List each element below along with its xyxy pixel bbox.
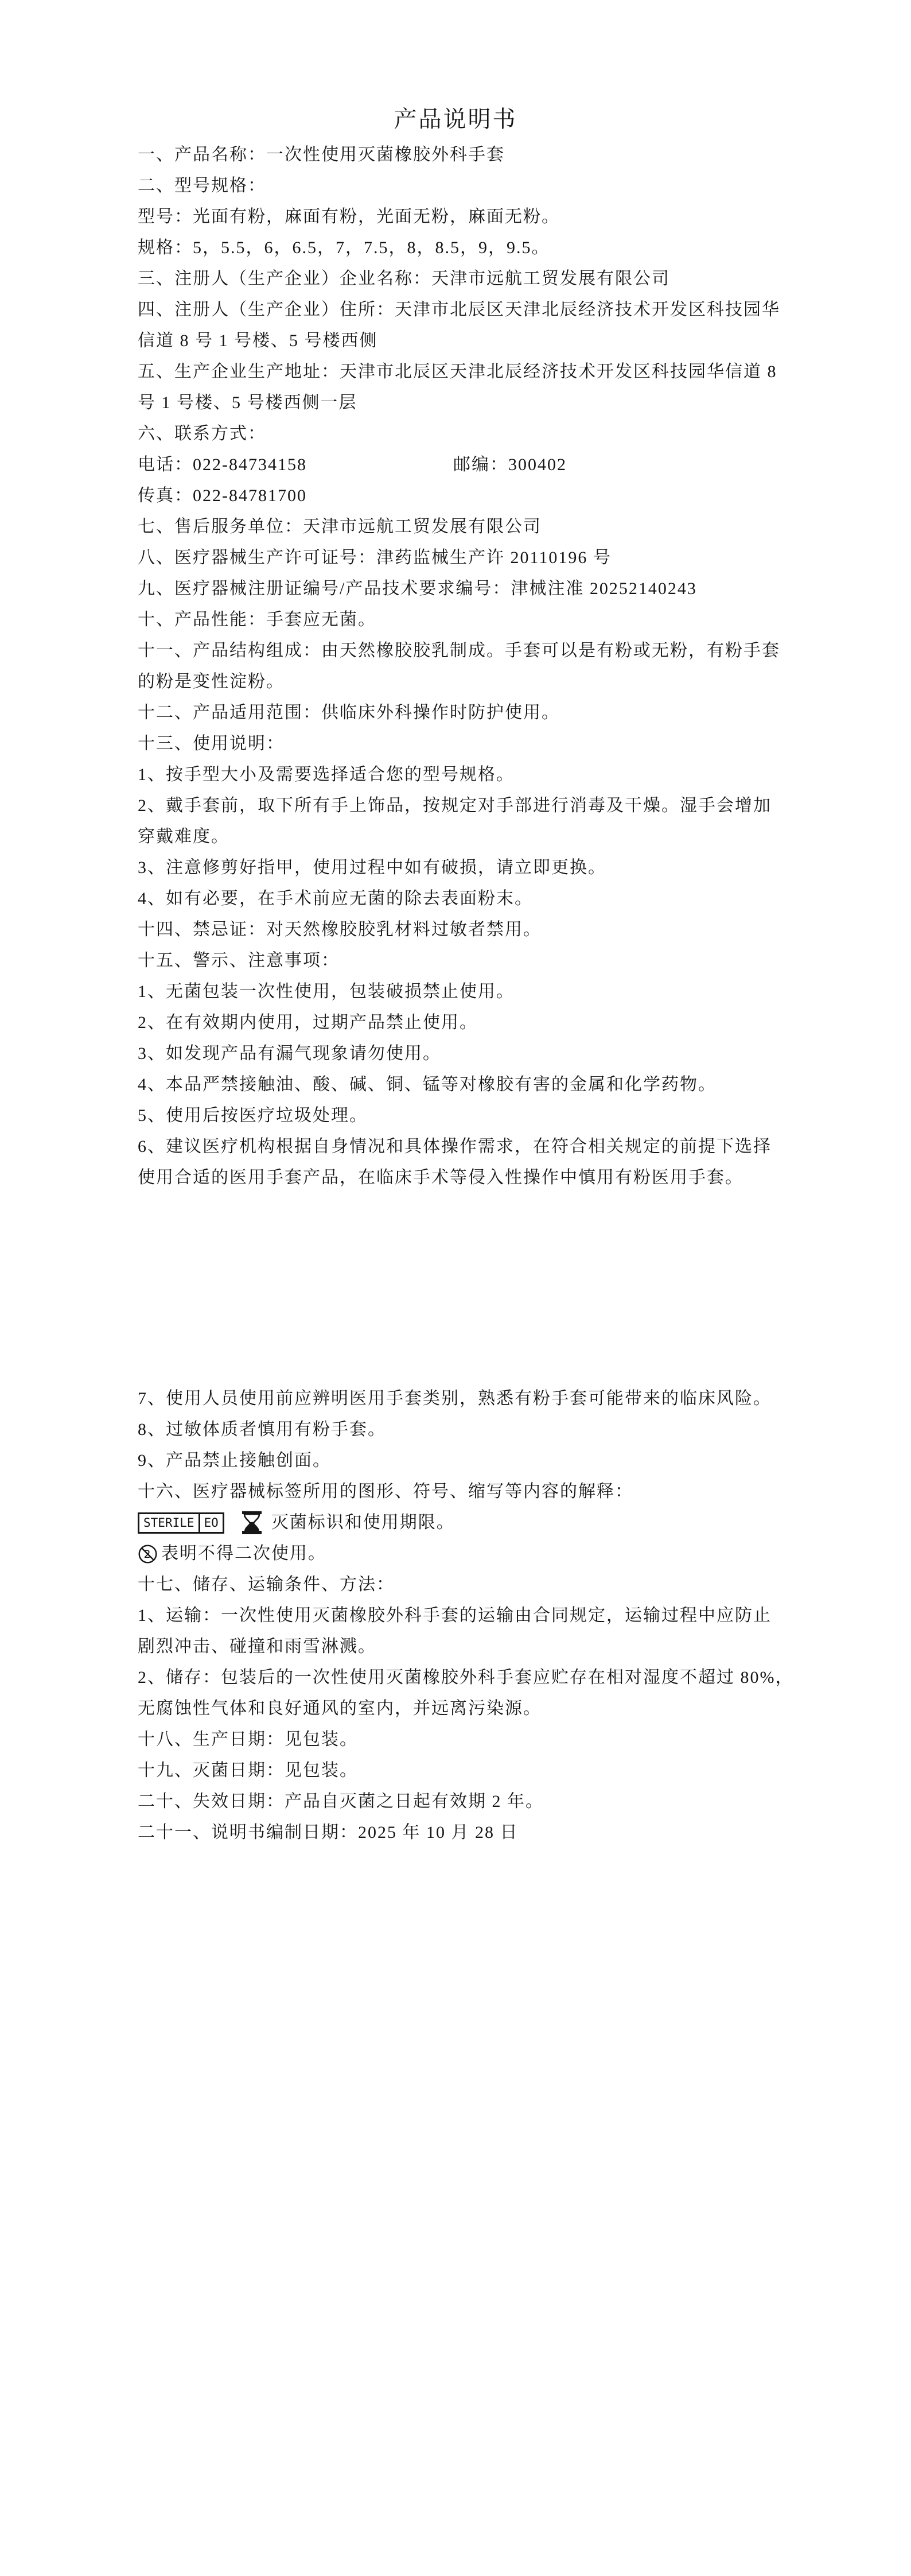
doc-line: 十五、警示、注意事项： (0, 945, 911, 976)
doc-line: 一、产品名称：一次性使用灭菌橡胶外科手套 (0, 139, 911, 170)
doc-line: 规格：5，5.5，6，6.5，7，7.5，8，8.5，9，9.5。 (0, 232, 911, 263)
doc-line: 六、联系方式： (0, 418, 911, 449)
symbol-explanation: 灭菌标识和使用期限。 (271, 1507, 455, 1538)
doc-line: 1、按手型大小及需要选择适合您的型号规格。 (0, 759, 911, 790)
doc-line: 传真：022-84781700 (0, 480, 911, 511)
sterile-eo-badge: STERILEEO (138, 1512, 224, 1534)
doc-line: 剧烈冲击、碰撞和雨雪淋溅。 (0, 1631, 911, 1662)
page-break-gap (0, 1193, 911, 1383)
document-page: { "page": { "background": "#ffffff", "te… (0, 0, 911, 2576)
doc-line: 7、使用人员使用前应辨明医用手套类别，熟悉有粉手套可能带来的临床风险。 (0, 1383, 911, 1414)
doc-line: 十七、储存、运输条件、方法： (0, 1569, 911, 1600)
hourglass-icon (240, 1511, 263, 1535)
doc-line: 1、运输：一次性使用灭菌橡胶外科手套的运输由合同规定，运输过程中应防止 (0, 1600, 911, 1631)
doc-line: 穿戴难度。 (0, 821, 911, 852)
doc-line: 四、注册人（生产企业）住所：天津市北辰区天津北辰经济技术开发区科技园华 (0, 294, 911, 325)
doc-line: 9、产品禁止接触创面。 (0, 1445, 911, 1476)
doc-line: 十四、禁忌证：对天然橡胶胶乳材料过敏者禁用。 (0, 914, 911, 945)
doc-line: 十、产品性能：手套应无菌。 (0, 604, 911, 635)
sterile-symbol-line: STERILEEO灭菌标识和使用期限。 (0, 1507, 911, 1538)
doc-line: 信道 8 号 1 号楼、5 号楼西侧 (0, 325, 911, 356)
no-reuse-symbol-line: 2表明不得二次使用。 (0, 1538, 911, 1569)
doc-line: 五、生产企业生产地址：天津市北辰区天津北辰经济技术开发区科技园华信道 8 (0, 356, 911, 387)
doc-line: 二十一、说明书编制日期：2025 年 10 月 28 日 (0, 1817, 911, 1848)
doc-line: 5、使用后按医疗垃圾处理。 (0, 1100, 911, 1131)
doc-line: 号 1 号楼、5 号楼西侧一层 (0, 387, 911, 418)
doc-line: 十三、使用说明： (0, 728, 911, 759)
doc-line: 型号：光面有粉，麻面有粉，光面无粉，麻面无粉。 (0, 201, 911, 232)
postcode-value: 邮编：300402 (453, 449, 567, 480)
doc-line: 十九、灭菌日期：见包装。 (0, 1755, 911, 1786)
no-reuse-icon: 2 (138, 1544, 158, 1564)
doc-line: 4、如有必要，在手术前应无菌的除去表面粉末。 (0, 883, 911, 914)
doc-line: 1、无菌包装一次性使用，包装破损禁止使用。 (0, 976, 911, 1007)
doc-line: 无腐蚀性气体和良好通风的室内，并远离污染源。 (0, 1693, 911, 1724)
phone-value: 电话：022-84734158 (138, 449, 307, 480)
doc-line: 十一、产品结构组成：由天然橡胶胶乳制成。手套可以是有粉或无粉，有粉手套 (0, 635, 911, 666)
doc-line: 使用合适的医用手套产品，在临床手术等侵入性操作中慎用有粉医用手套。 (0, 1162, 911, 1193)
doc-line: 二十、失效日期：产品自灭菌之日起有效期 2 年。 (0, 1786, 911, 1817)
doc-line: 三、注册人（生产企业）企业名称：天津市远航工贸发展有限公司 (0, 263, 911, 294)
doc-line: 的粉是变性淀粉。 (0, 666, 911, 697)
doc-line: 8、过敏体质者慎用有粉手套。 (0, 1414, 911, 1445)
doc-line: 4、本品严禁接触油、酸、碱、铜、锰等对橡胶有害的金属和化学药物。 (0, 1069, 911, 1100)
doc-line: 十二、产品适用范围：供临床外科操作时防护使用。 (0, 697, 911, 728)
doc-line: 3、注意修剪好指甲，使用过程中如有破损，请立即更换。 (0, 852, 911, 883)
doc-line: 二、型号规格： (0, 170, 911, 201)
contact-line: 电话：022-84734158邮编：300402 (0, 449, 911, 480)
page-title: 产品说明书 (0, 107, 911, 132)
doc-line: 八、医疗器械生产许可证号：津药监械生产许 20110196 号 (0, 542, 911, 573)
symbol-explanation: 表明不得二次使用。 (161, 1538, 326, 1569)
doc-line: 3、如发现产品有漏气现象请勿使用。 (0, 1038, 911, 1069)
doc-line: 十八、生产日期：见包装。 (0, 1724, 911, 1755)
sterile-method-label: EO (200, 1514, 223, 1532)
sterile-label: STERILE (139, 1514, 200, 1532)
doc-line: 2、戴手套前，取下所有手上饰品，按规定对手部进行消毒及干燥。湿手会增加 (0, 790, 911, 821)
document-body: 一、产品名称：一次性使用灭菌橡胶外科手套二、型号规格：型号：光面有粉，麻面有粉，… (0, 139, 911, 1848)
doc-line: 6、建议医疗机构根据自身情况和具体操作需求，在符合相关规定的前提下选择 (0, 1131, 911, 1162)
doc-line: 2、储存：包装后的一次性使用灭菌橡胶外科手套应贮存在相对湿度不超过 80%， (0, 1662, 911, 1693)
doc-line: 十六、医疗器械标签所用的图形、符号、缩写等内容的解释： (0, 1476, 911, 1507)
doc-line: 2、在有效期内使用，过期产品禁止使用。 (0, 1007, 911, 1038)
doc-line: 七、售后服务单位：天津市远航工贸发展有限公司 (0, 511, 911, 542)
doc-line: 九、医疗器械注册证编号/产品技术要求编号：津械注准 20252140243 (0, 573, 911, 604)
